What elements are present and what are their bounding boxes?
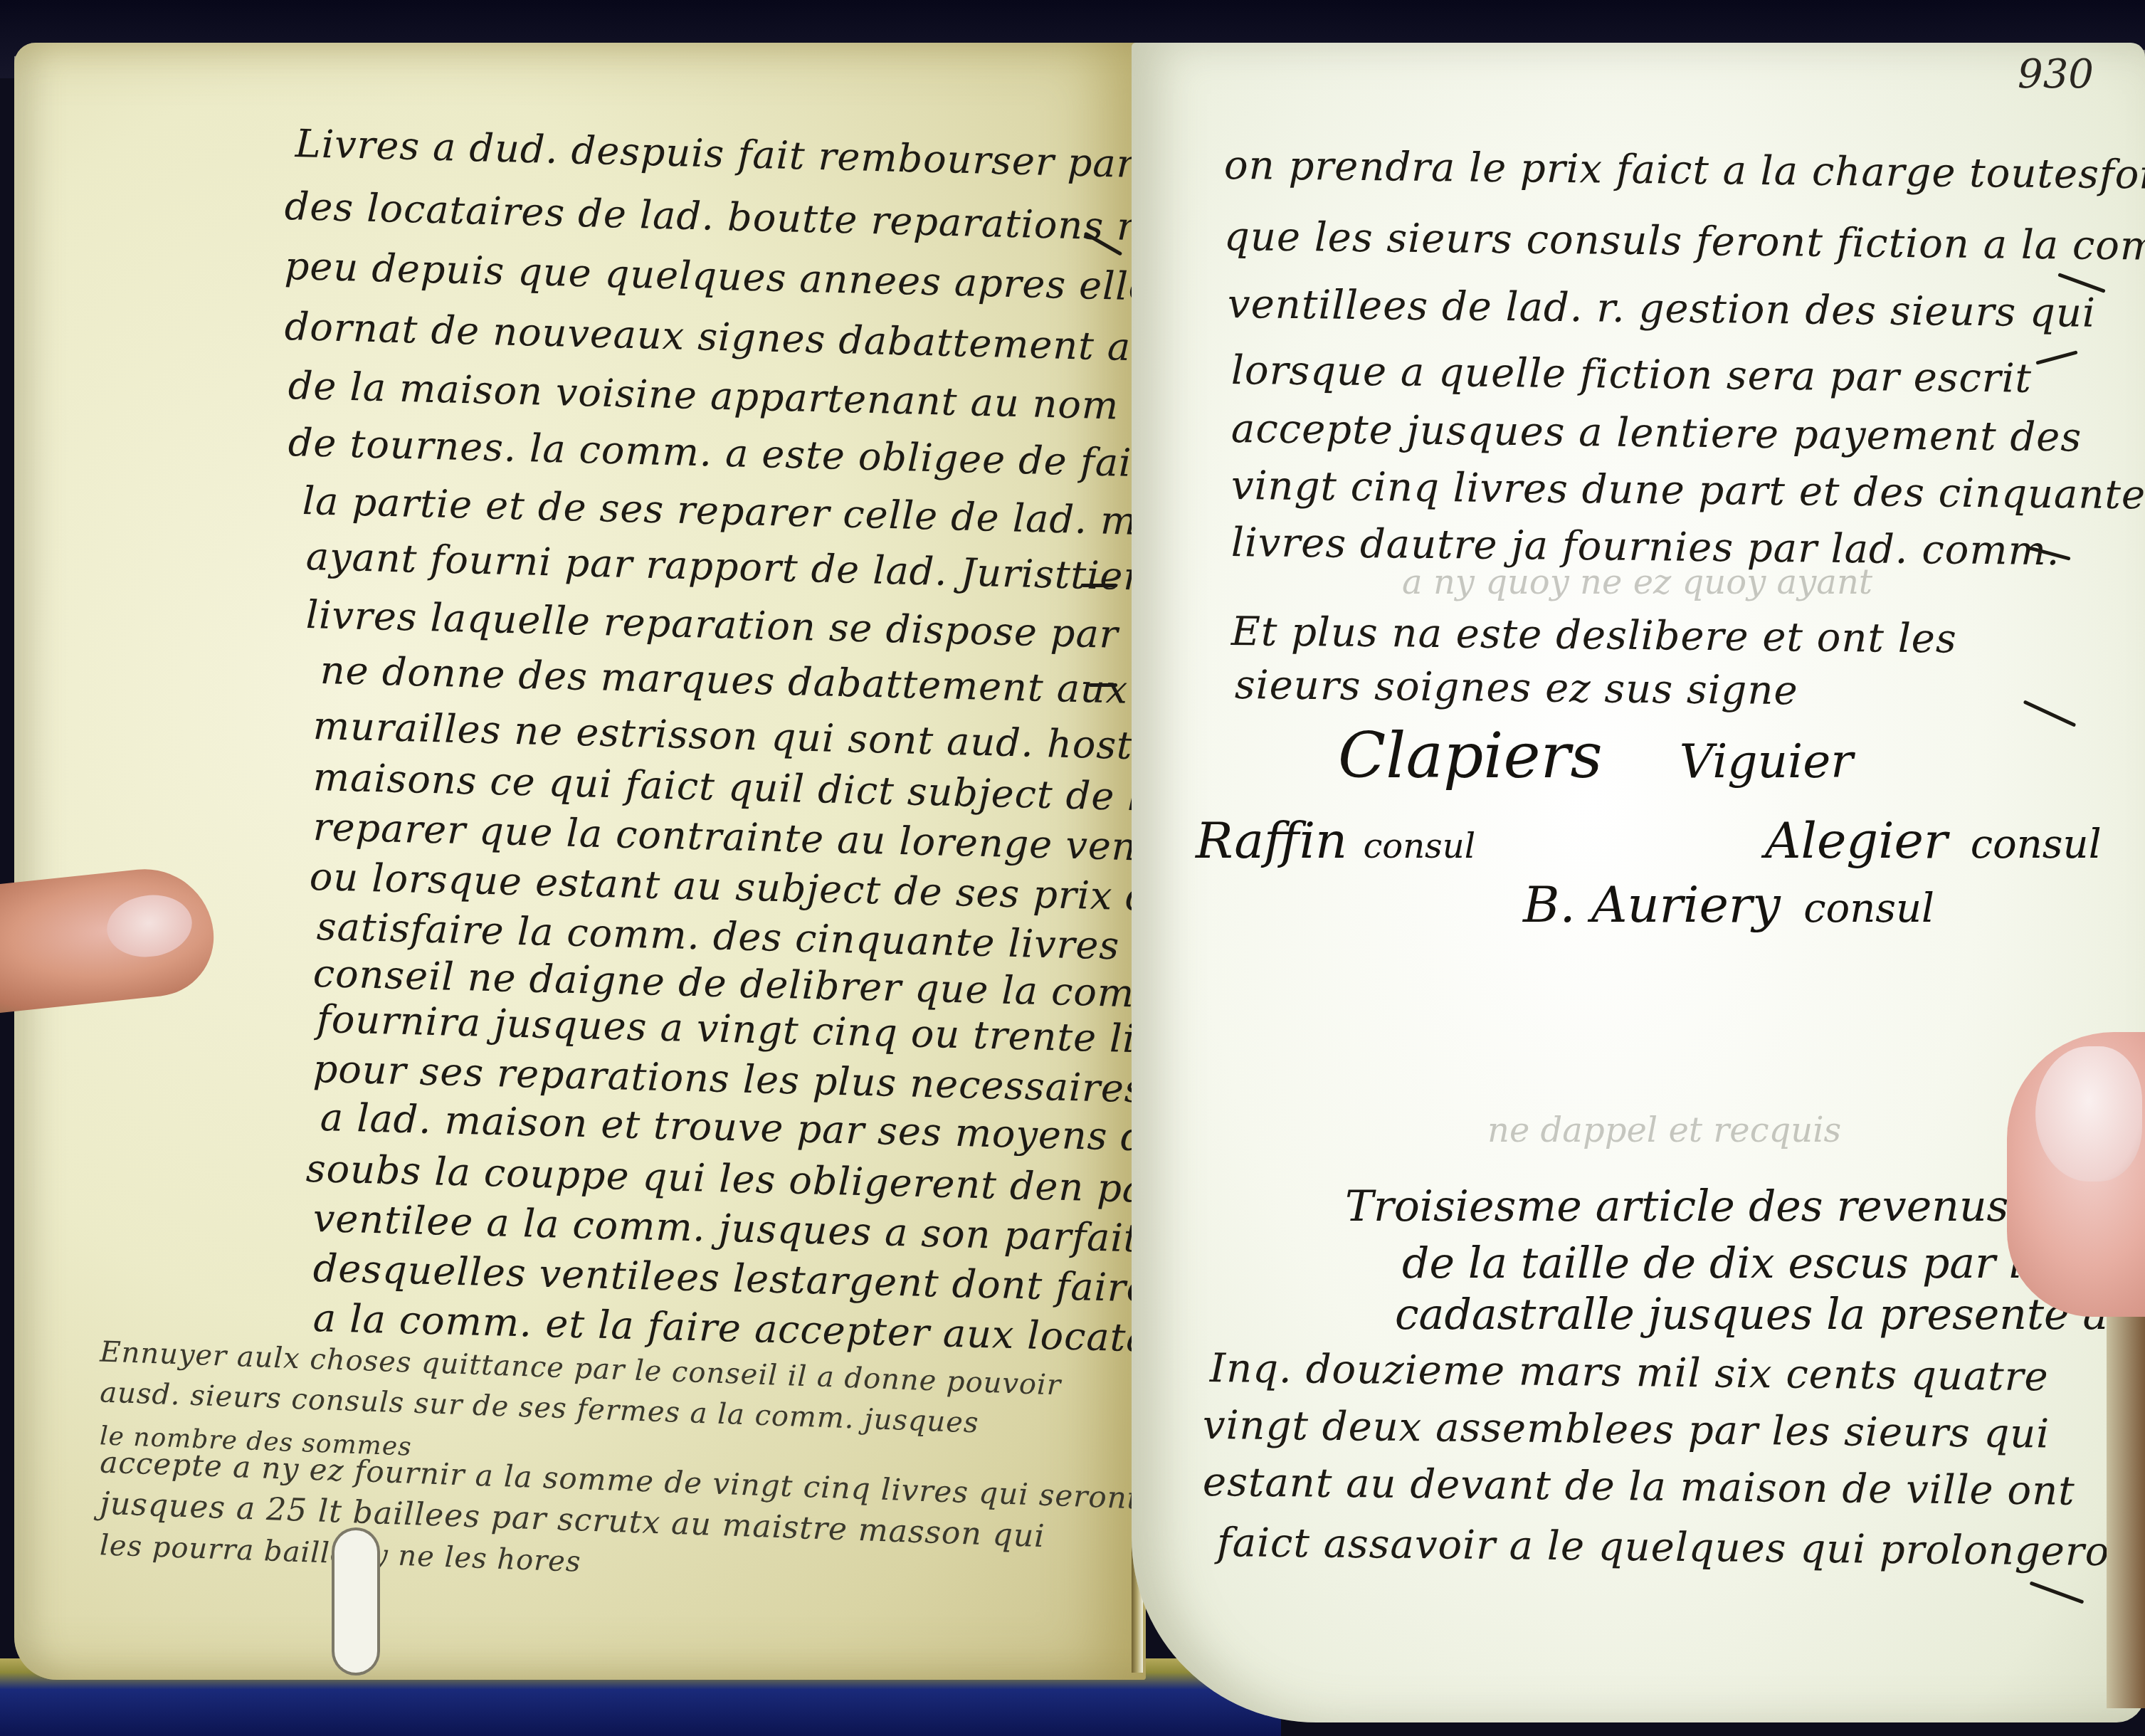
text-line: la partie et de ses reparer celle de lad… [302,478,1244,546]
signature-title: consul [1971,821,2102,868]
line-filler-stroke [2030,1581,2085,1604]
page-number: 930 [2018,51,2094,98]
text-line: vingt deux assemblees par les sieurs qui [1203,1402,2050,1457]
signature-auriery: B. Auriery consul [1523,875,1934,934]
text-line: faict assavoir a le quelques qui prolong… [1217,1520,2141,1576]
signature-alegier: Alegier consul [1765,811,2102,870]
right-thumbnail [2035,1046,2142,1182]
section-heading-line: de la taille de dix escus par livre [1402,1238,2106,1288]
line-filler-stroke [2023,700,2077,727]
signature-raffin: Raffin consul [1196,811,1475,870]
signature-title: consul [1803,885,1934,932]
text-line: accepte jusques a lentiere payement des [1231,406,2082,461]
line-filler-stroke [2035,350,2077,364]
signature-name: Alegier [1765,811,1947,870]
text-line: lorsque a quelle fiction sera par escrit [1231,347,2033,402]
text-line: vingt cinq livres dune part et des cinqu… [1231,463,2145,518]
line-filler-stroke [1089,683,1117,687]
page-tear [334,1530,377,1673]
bleedthrough-text: ne dappel et recquis [1487,1110,1841,1150]
text-line: livres laquelle reparation se dispose pa… [305,592,1255,661]
section-heading-line: cadastralle jusques la presente annee [1395,1290,2145,1340]
text-line: Livres a dud. despuis fait rembourser pa… [295,121,1238,189]
line-filler-stroke [1082,584,1117,587]
signature-name: Raffin [1196,811,1347,870]
signature-clapiers: Clapiers Viguier [1338,719,1853,792]
left-page: Livres a dud. despuis fait rembourser pa… [14,43,1146,1680]
text-line: que les sieurs consuls feront fiction a … [1224,214,2145,271]
text-line: peu depuis que quelques annees apres ell… [284,243,1235,312]
right-page: on prendra le prix faict a la charge tou… [1132,43,2145,1722]
signature-title: consul [1363,826,1475,866]
text-line: ne donne des marques dabattement aux [320,648,1129,712]
text-line: sieurs soignes ez sus signe [1235,662,1798,714]
text-line: ventillees de lad. r. gestion des sieurs… [1228,281,2097,337]
signature-title: Viguier [1680,734,1853,789]
bleedthrough-text: a ny quoy ne ez quoy ayant [1402,562,1872,602]
text-line: estant au devant de la maison de ville o… [1203,1459,2075,1515]
text-line: on prendra le prix faict a la charge tou… [1224,142,2145,199]
text-line: des locataires de lad. boutte reparation… [284,184,1258,252]
signature-name: B. Auriery [1523,875,1781,934]
signature-name: Clapiers [1338,719,1603,792]
text-line: Inq. douzieme mars mil six cents quatre [1210,1345,2049,1400]
text-line: Et plus na este deslibere et ont les [1231,609,1957,663]
